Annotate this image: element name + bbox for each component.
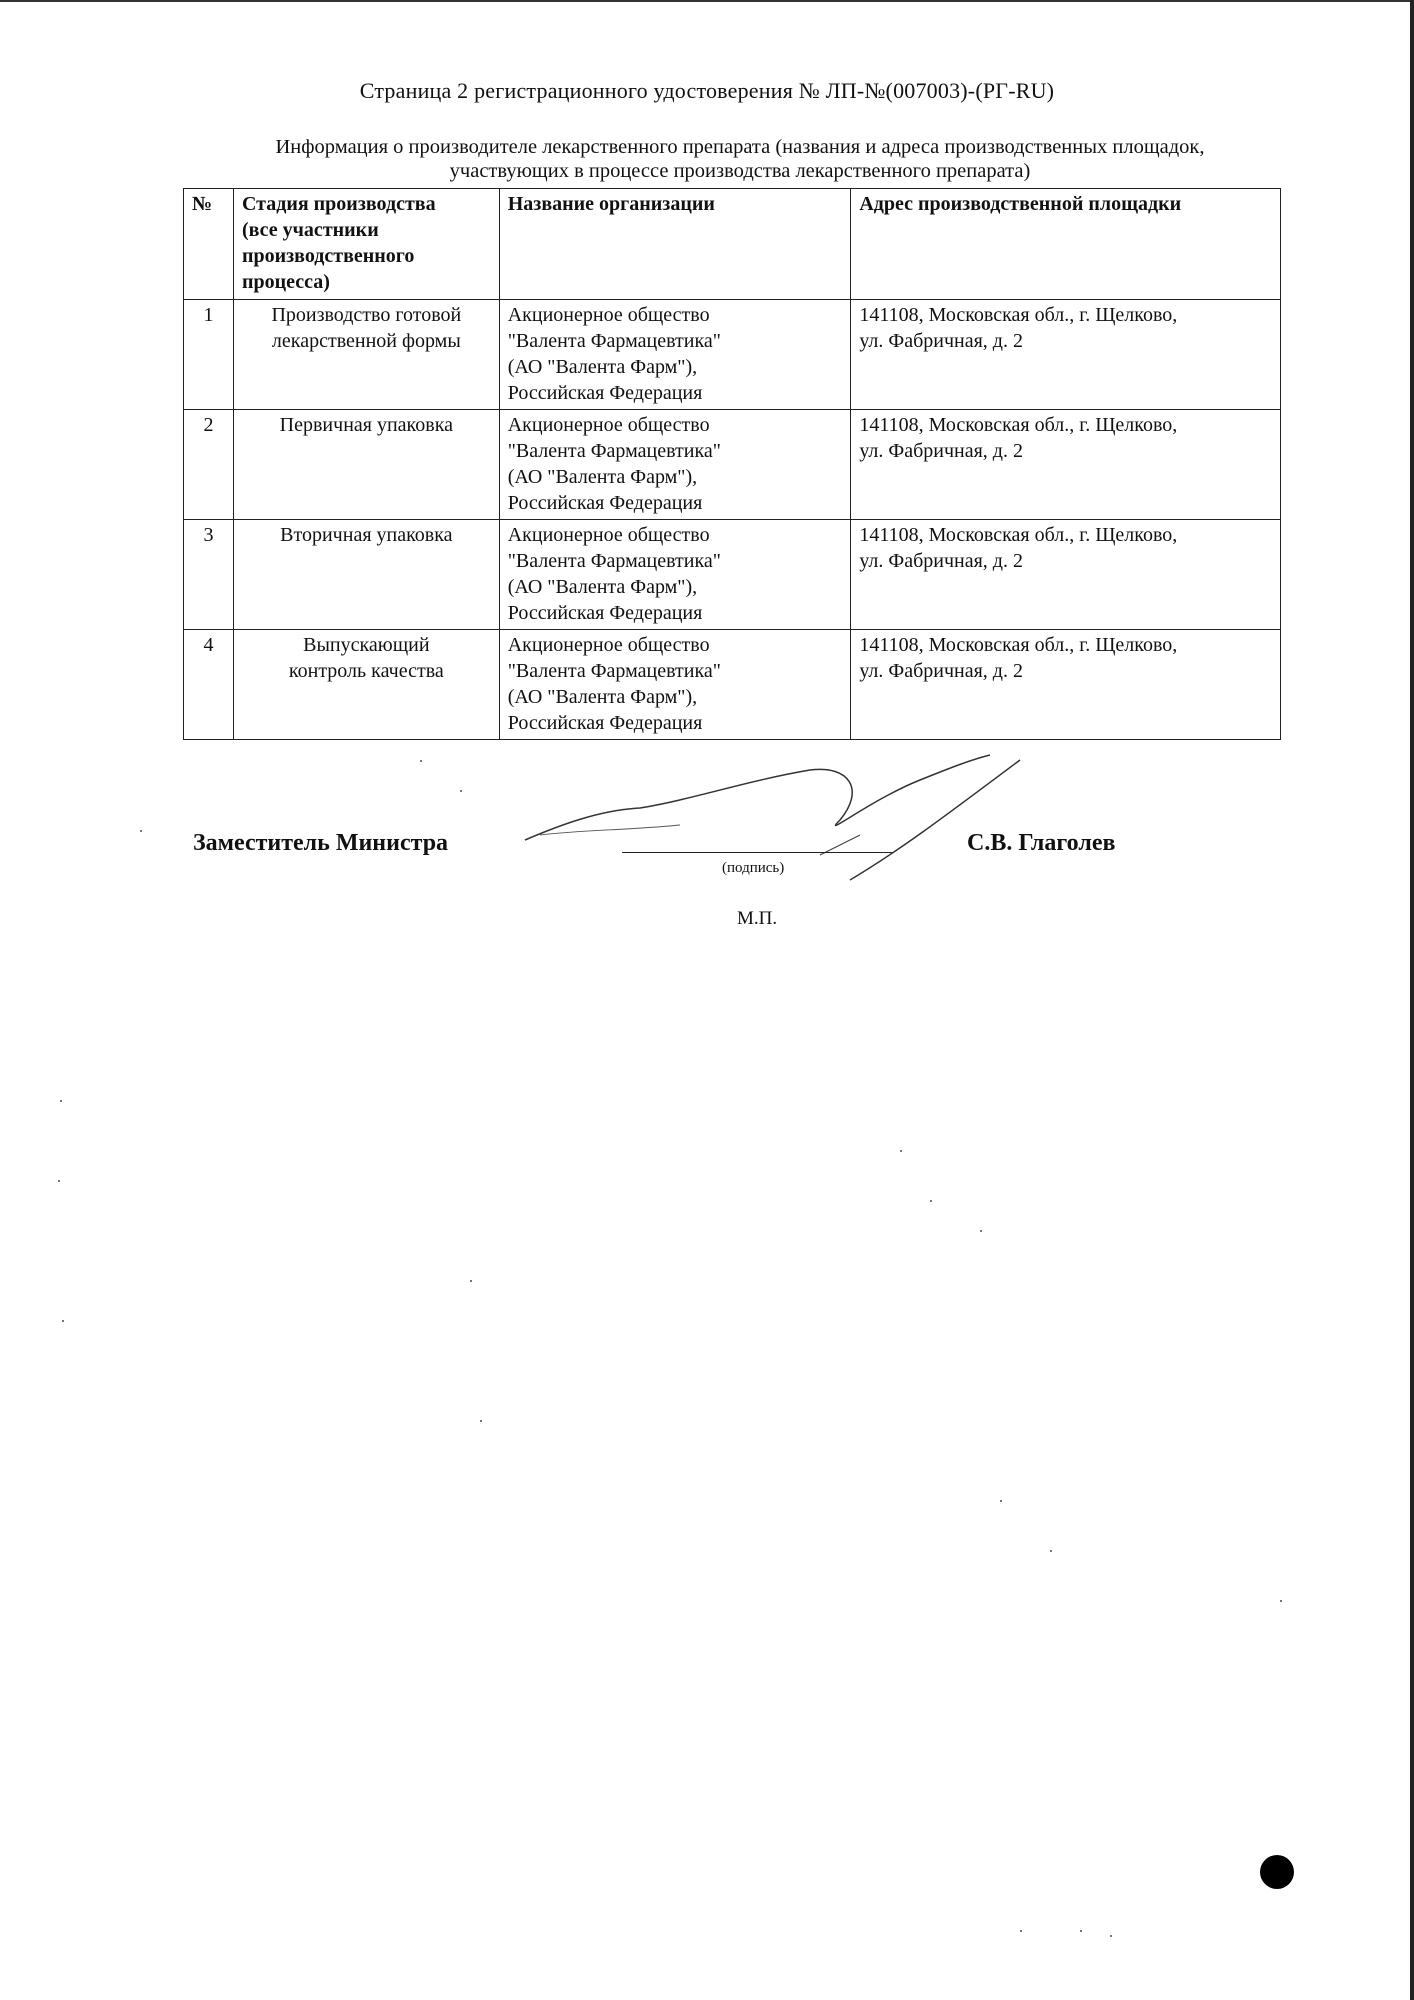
signature-caption: (подпись): [722, 860, 784, 877]
stamp-placeholder: М.П.: [737, 908, 777, 930]
table-header-row: № Стадия производства (все участники про…: [184, 189, 1281, 300]
header-organization: Название организации: [499, 189, 851, 300]
header-address: Адрес производственной площадки: [851, 189, 1281, 300]
site-address: 141108, Московская обл., г. Щелково,ул. …: [851, 300, 1281, 410]
signature-line: [622, 852, 892, 853]
production-stage: Вторичная упаковка: [233, 520, 499, 630]
signer-name: С.В. Глаголев: [967, 830, 1115, 857]
production-stage: Выпускающийконтроль качества: [233, 630, 499, 740]
table-row: 2Первичная упаковкаАкционерное общество"…: [184, 410, 1281, 520]
table-row: 4Выпускающийконтроль качестваАкционерное…: [184, 630, 1281, 740]
manufacturer-table: № Стадия производства (все участники про…: [183, 188, 1281, 740]
row-number: 1: [184, 300, 234, 410]
organization-name: Акционерное общество"Валента Фармацевтик…: [499, 520, 851, 630]
header-number: №: [184, 189, 234, 300]
header-stage: Стадия производства (все участники произ…: [233, 189, 499, 300]
table-row: 1Производство готовойлекарственной формы…: [184, 300, 1281, 410]
signer-position: Заместитель Министра: [193, 830, 448, 857]
punch-hole-mark: [1260, 1855, 1294, 1889]
row-number: 3: [184, 520, 234, 630]
page-top-edge: [0, 0, 1414, 2]
subtitle-line-2: участвующих в процессе производства лека…: [190, 159, 1290, 183]
page-right-edge: [1410, 0, 1414, 2000]
row-number: 4: [184, 630, 234, 740]
production-stage: Первичная упаковка: [233, 410, 499, 520]
page-header-title: Страница 2 регистрационного удостоверени…: [0, 78, 1414, 104]
site-address: 141108, Московская обл., г. Щелково,ул. …: [851, 410, 1281, 520]
subtitle-line-1: Информация о производителе лекарственног…: [190, 135, 1290, 159]
row-number: 2: [184, 410, 234, 520]
manufacturer-info-subtitle: Информация о производителе лекарственног…: [190, 135, 1290, 183]
site-address: 141108, Московская обл., г. Щелково,ул. …: [851, 520, 1281, 630]
production-stage: Производство готовойлекарственной формы: [233, 300, 499, 410]
organization-name: Акционерное общество"Валента Фармацевтик…: [499, 410, 851, 520]
organization-name: Акционерное общество"Валента Фармацевтик…: [499, 630, 851, 740]
organization-name: Акционерное общество"Валента Фармацевтик…: [499, 300, 851, 410]
table-row: 3Вторичная упаковкаАкционерное общество"…: [184, 520, 1281, 630]
site-address: 141108, Московская обл., г. Щелково,ул. …: [851, 630, 1281, 740]
